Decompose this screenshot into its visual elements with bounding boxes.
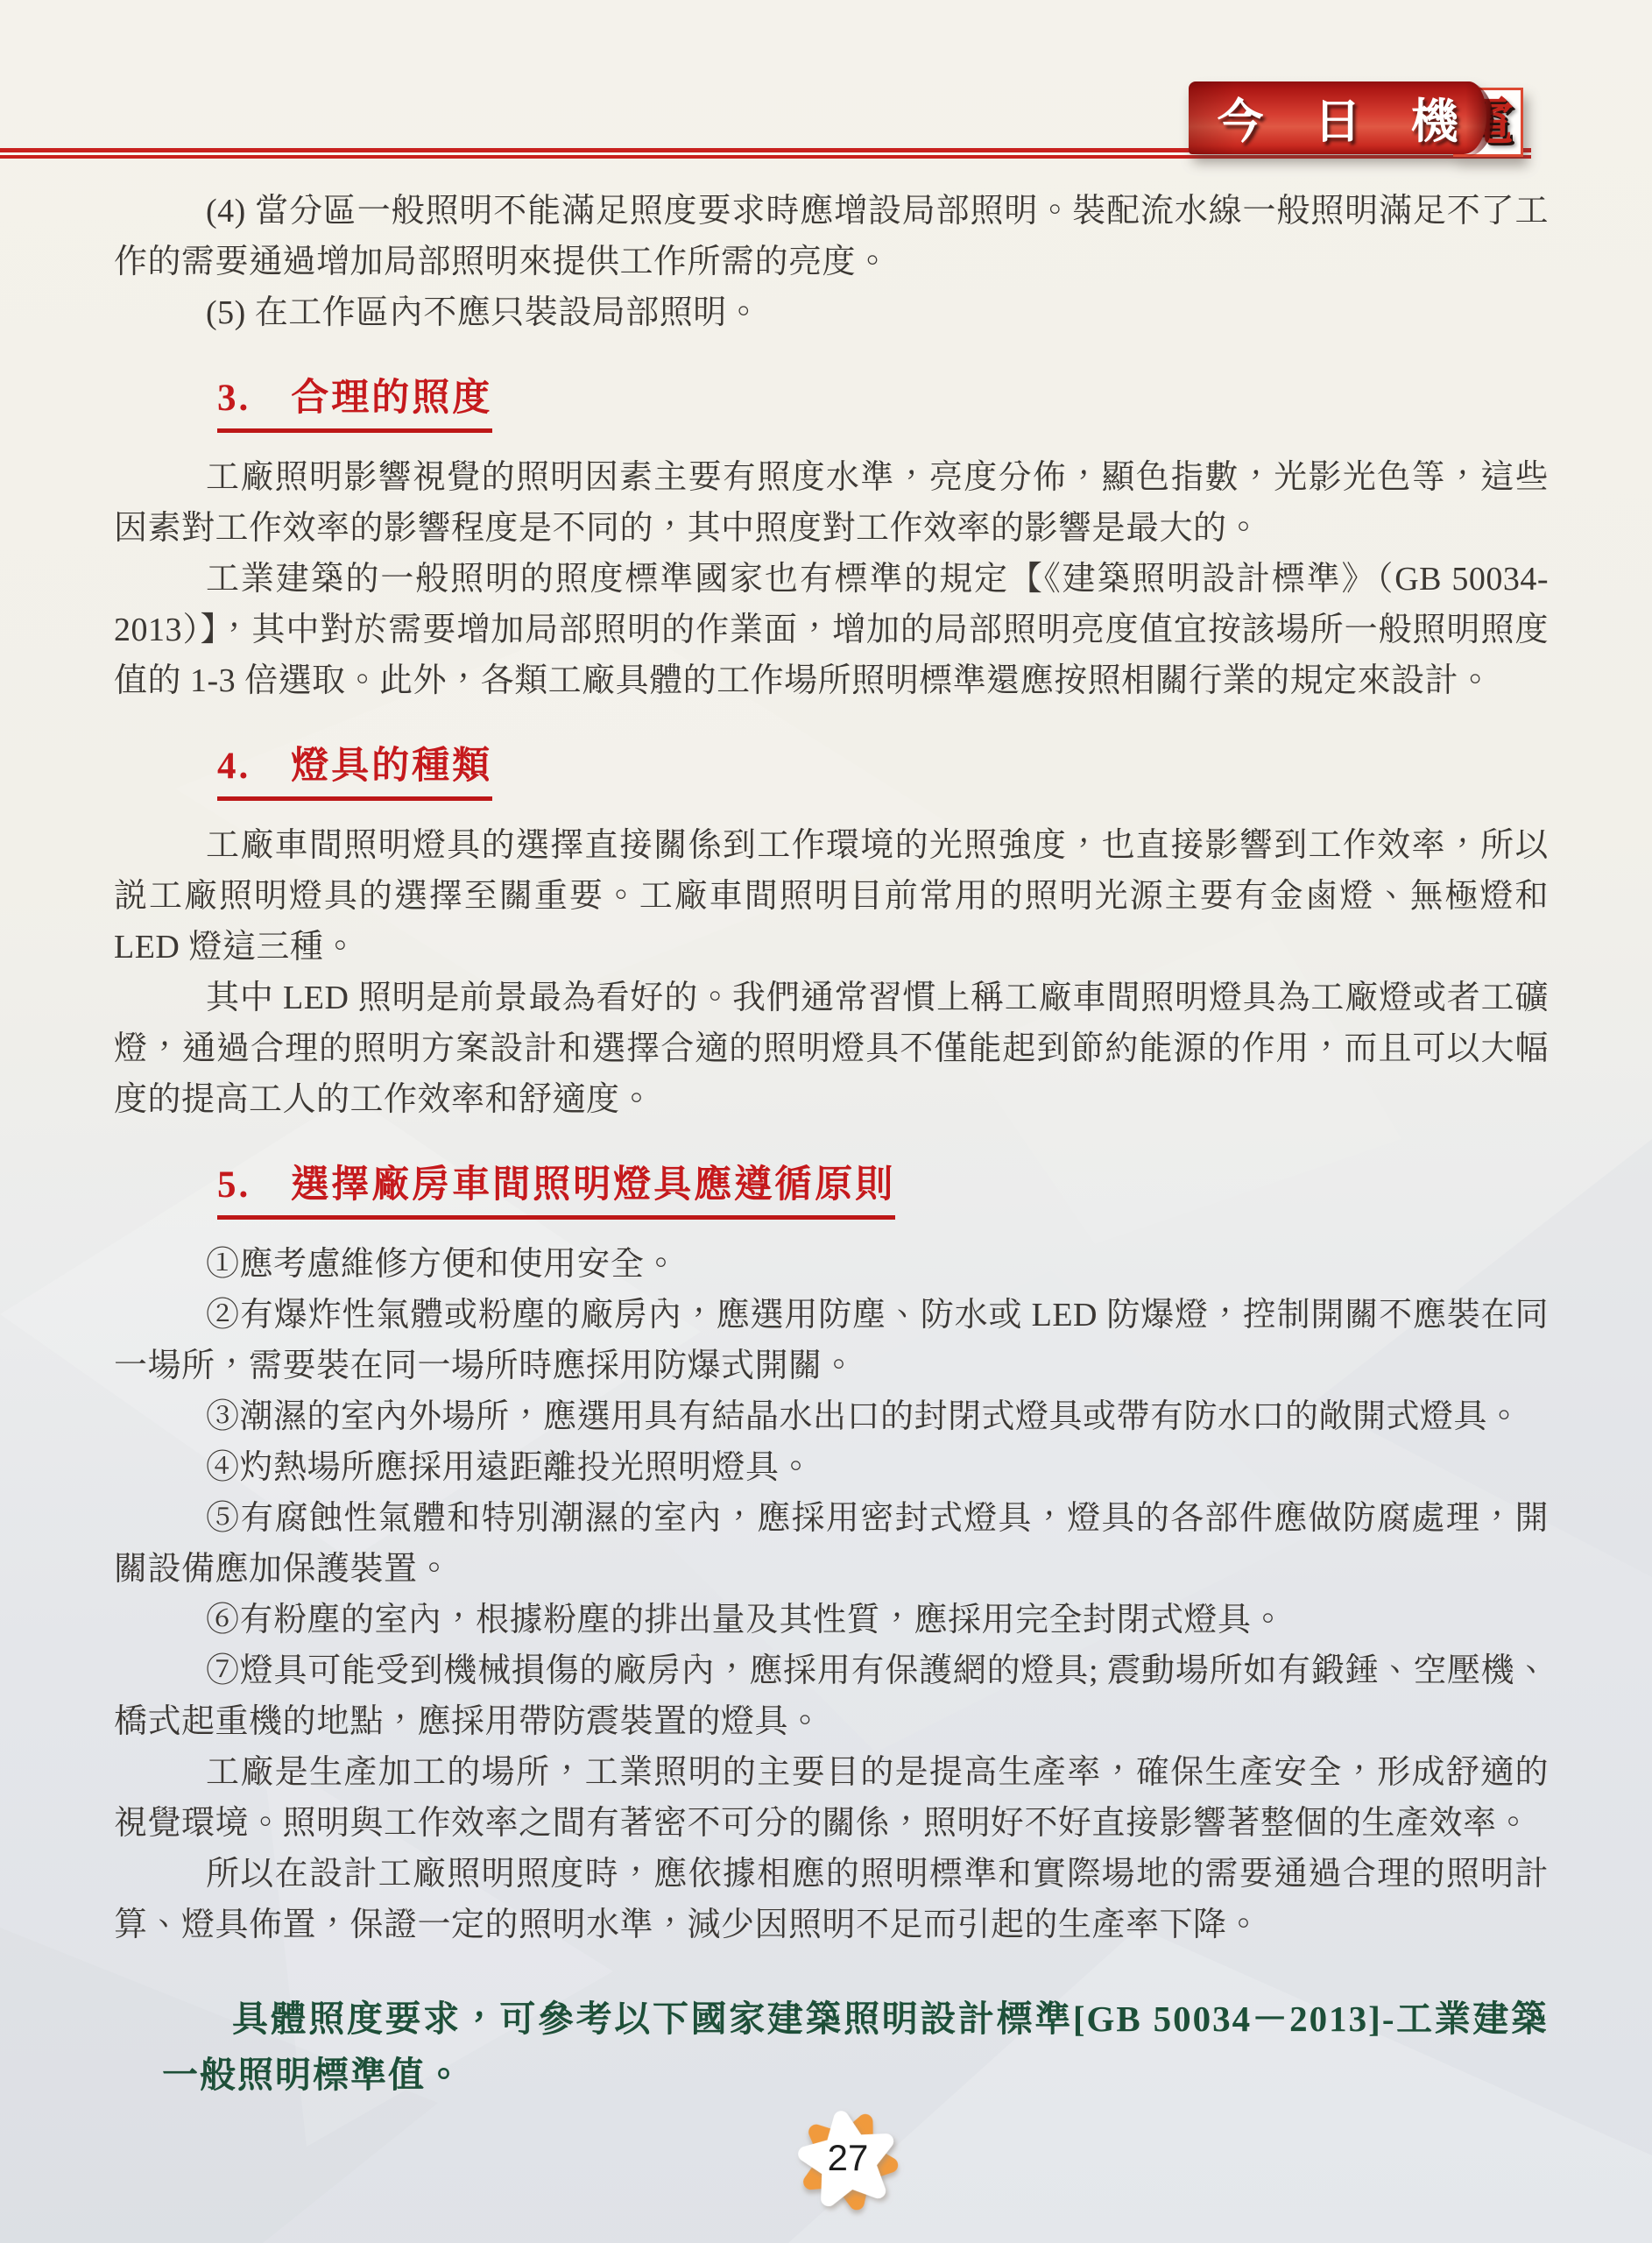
masthead-char-ri: 日 — [1314, 84, 1361, 152]
section-heading-4: 4. 燈具的種類 — [217, 743, 1549, 801]
reference-note: 具體照度要求，可參考以下國家建築照明設計標準[GB 50034－2013]-工業… — [162, 1991, 1549, 2103]
paragraph: 工廠車間照明燈具的選擇直接關係到工作環境的光照強度，也直接影響到工作效率，所以説… — [114, 820, 1549, 973]
masthead-ribbon: 今 日 機 — [1189, 81, 1486, 154]
masthead-char-ji: 機 — [1411, 84, 1458, 152]
masthead-char-jin: 今 — [1217, 84, 1264, 152]
paragraph: 工廠照明影響視覺的照明因素主要有照度水準，亮度分佈，顯色指數，光影光色等，這些因… — [114, 452, 1549, 554]
list-item: ⑦燈具可能受到機械損傷的廠房內，應採用有保護網的燈具; 震動場所如有鍛錘、空壓機… — [114, 1645, 1549, 1747]
article-content: (4) 當分區一般照明不能滿足照度要求時應增設局部照明。裝配流水線一般照明滿足不… — [114, 186, 1549, 2103]
list-item: ⑤有腐蝕性氣體和特別潮濕的室內，應採用密封式燈具，燈具的各部件應做防腐處理，開關… — [114, 1493, 1549, 1595]
page-number: 27 — [782, 2099, 914, 2222]
magazine-page: 電 今 日 機 (4) 當分區一般照明不能滿足照度要求時應增設局部照明。裝配流水… — [0, 0, 1652, 2243]
masthead-banner: 電 今 日 機 — [1189, 81, 1523, 157]
page-number-badge: 27 — [782, 2099, 914, 2222]
section-heading-5: 5. 選擇廠房車間照明燈具應遵循原則 — [217, 1162, 1549, 1220]
paragraph: (5) 在工作區內不應只裝設局部照明。 — [114, 287, 1549, 338]
list-item: ③潮濕的室內外場所，應選用具有結晶水出口的封閉式燈具或帶有防水口的敞開式燈具。 — [114, 1391, 1549, 1442]
list-item: ⑥有粉塵的室內，根據粉塵的排出量及其性質，應採用完全封閉式燈具。 — [114, 1595, 1549, 1645]
list-item: ①應考慮維修方便和使用安全。 — [114, 1239, 1549, 1290]
paragraph: (4) 當分區一般照明不能滿足照度要求時應增設局部照明。裝配流水線一般照明滿足不… — [114, 186, 1549, 287]
list-item: ②有爆炸性氣體或粉塵的廠房內，應選用防塵、防水或 LED 防爆燈，控制開關不應裝… — [114, 1290, 1549, 1391]
list-item: ④灼熱場所應採用遠距離投光照明燈具。 — [114, 1442, 1549, 1493]
paragraph: 所以在設計工廠照明照度時，應依據相應的照明標準和實際場地的需要通過合理的照明計算… — [114, 1849, 1549, 1950]
paragraph: 工業建築的一般照明的照度標準國家也有標準的規定【《建築照明設計標準》（GB 50… — [114, 554, 1549, 706]
paragraph: 工廠是生產加工的場所，工業照明的主要目的是提高生產率，確保生產安全，形成舒適的視… — [114, 1747, 1549, 1849]
paragraph: 其中 LED 照明是前景最為看好的。我們通常習慣上稱工廠車間照明燈具為工廠燈或者… — [114, 973, 1549, 1125]
masthead-title: 今 日 機 — [1189, 81, 1486, 154]
section-heading-3: 3. 合理的照度 — [217, 375, 1549, 433]
